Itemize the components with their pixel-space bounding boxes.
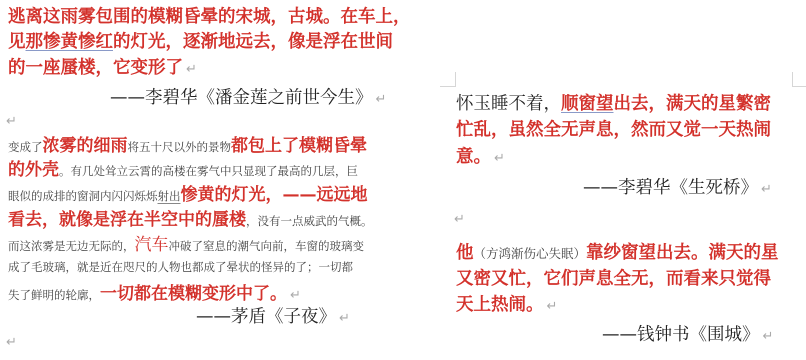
empty-paragraph: ↵ [6, 331, 17, 350]
highlight-text: 靠纱窗望出去。满天的星 [586, 243, 779, 263]
quote2-line3: 眼似的成排的窗洞内闪闪烁烁射出惨黄的灯光，——远远地 [8, 180, 368, 205]
paragraph-mark-icon: ↵ [339, 311, 350, 326]
quote2-attribution: ——茅盾《子夜》↵ [196, 303, 350, 328]
quote1-line3: 的一座蜃楼，它变形了↵ [8, 57, 197, 81]
highlight-text: 出去，满天的星繁密 [614, 94, 772, 114]
highlight-text: 忙乱，虽然全无声息，然而又觉一天热闹 [456, 120, 771, 140]
quote2-line5: 而这浓雾是无边无际的，汽车冲破了窒息的潮气向前，车窗的玻璃变 [8, 230, 364, 255]
right-document-page: 怀玉睡不着，顺窗望出去，满天的星繁密 忙乱，虽然全无声息，然而又觉一天热闹 意。… [440, 0, 806, 360]
text: 而这浓雾是无边无际的， [8, 239, 135, 253]
rquote1-line2: 忙乱，虽然全无声息，然而又觉一天热闹 [456, 116, 771, 141]
paragraph-mark-icon: ↵ [6, 114, 17, 129]
empty-paragraph: ↵ [6, 110, 17, 129]
highlight-text: 他 [456, 243, 474, 263]
rquote2-line2: 又密又忙，它们声息全无，而看来只觉得 [456, 265, 771, 290]
text: 的一座蜃楼，它变形了 [8, 58, 183, 78]
text: 将五十尺以外的景物 [128, 140, 232, 154]
quote2-line6: 成了毛玻璃，就是近在咫尺的人物也都成了晕状的怪异的了；一切都 [8, 256, 353, 275]
highlight-text: 又密又忙，它们声息全无，而看来只觉得 [456, 269, 771, 289]
paragraph-mark-icon: ↵ [376, 92, 387, 107]
page-corner-mark-right [792, 72, 806, 87]
highlight-text: 浓雾的细雨 [43, 136, 128, 156]
quote2-line4: 看去，就像是浮在半空中的蜃楼，没有一点威武的气概。 [8, 205, 373, 230]
text: （方鸿渐伤心失眠） [474, 246, 587, 261]
quote1-attribution: ——李碧华《潘金莲之前世今生》↵ [110, 84, 386, 109]
text: 失了鲜明的轮廓， [8, 288, 100, 302]
quote2-line7: 失了鲜明的轮廓，一切都在模糊变形中了。↵ [8, 279, 301, 304]
paragraph-mark-icon: ↵ [547, 299, 558, 314]
text: ，没有一点威武的气概。 [246, 214, 373, 228]
left-document-page: 逃离这雨雾包围的模糊昏晕的宋城，古城。在车上， 见那惨黄惨红的灯光，逐渐地远去，… [0, 0, 420, 360]
underlined-text: 射出 [158, 189, 181, 203]
quote2-line1: 变成了浓雾的细雨将五十尺以外的景物都包上了模糊昏晕 [8, 131, 367, 156]
text: 成了毛玻璃，就是近在咫尺的人物也都成了晕状的怪异的了；一切都 [8, 260, 353, 274]
text: 眼似的成排的窗洞内闪闪烁烁 [8, 189, 158, 203]
paragraph-mark-icon: ↵ [290, 288, 301, 303]
rquote2-line1: 他（方鸿渐伤心失眠）靠纱窗望出去。满天的星 [456, 239, 779, 264]
text: 怀玉睡不着， [456, 94, 561, 114]
text: ——钱钟书《围城》 [602, 325, 760, 345]
paragraph-mark-icon: ↵ [454, 212, 465, 227]
paragraph-mark-icon: ↵ [763, 329, 774, 344]
highlight-text: 看去，就像是浮在半空中的蜃楼 [8, 210, 246, 230]
quote1-line2: 见那惨黄惨红的灯光，逐渐地远去，像是浮在世间 [8, 31, 393, 53]
highlight-text: 天上热闹。 [456, 295, 544, 315]
paragraph-mark-icon: ↵ [761, 182, 772, 197]
underlined-text: 顺窗望 [561, 94, 614, 114]
paragraph-mark-icon: ↵ [494, 151, 505, 166]
rquote2-line3: 天上热闹。↵ [456, 291, 557, 316]
rquote1-line3: 意。↵ [456, 143, 505, 168]
highlight-text: 一切都在模糊变形中了。 [100, 284, 287, 304]
page-corner-mark-left [440, 72, 456, 87]
text: ——李碧华《生死桥》 [583, 178, 758, 198]
empty-paragraph: ↵ [454, 208, 465, 227]
text: 的灯光，逐渐地远去，像是浮在世间 [113, 32, 393, 52]
highlight-text: 汽车 [135, 235, 169, 255]
highlight-text: 的外壳 [8, 160, 59, 180]
text: 见 [8, 32, 26, 52]
text: 冲破了窒息的潮气向前，车窗的玻璃变 [169, 239, 365, 253]
text: ——李碧华《潘金莲之前世今生》 [110, 88, 373, 108]
paragraph-mark-icon: ↵ [186, 62, 197, 77]
rquote1-attribution: ——李碧华《生死桥》↵ [583, 174, 772, 199]
paragraph-mark-icon: ↵ [6, 335, 17, 350]
rquote2-attribution: ——钱钟书《围城》↵ [602, 321, 773, 346]
highlight-text: 都包上了模糊昏晕 [231, 136, 367, 156]
rquote1-line1: 怀玉睡不着，顺窗望出去，满天的星繁密 [456, 90, 771, 115]
quote1-line1: 逃离这雨雾包围的模糊昏晕的宋城，古城。在车上， [8, 6, 411, 28]
text: 逃离这雨雾包围的模糊昏晕的宋城，古城。在车上， [8, 7, 411, 27]
text: 。有几处耸立云霄的高楼在雾气中只显现了最高的几层，巨 [59, 164, 358, 178]
quote2-line2: 的外壳。有几处耸立云霄的高楼在雾气中只显现了最高的几层，巨 [8, 155, 358, 180]
highlight-text: 惨黄的灯光，——远远地 [181, 185, 368, 205]
highlight-text: 意。 [456, 147, 491, 167]
text: 变成了 [8, 140, 43, 154]
underlined-text: 那惨黄惨红 [26, 32, 114, 52]
text: ——茅盾《子夜》 [196, 307, 336, 327]
